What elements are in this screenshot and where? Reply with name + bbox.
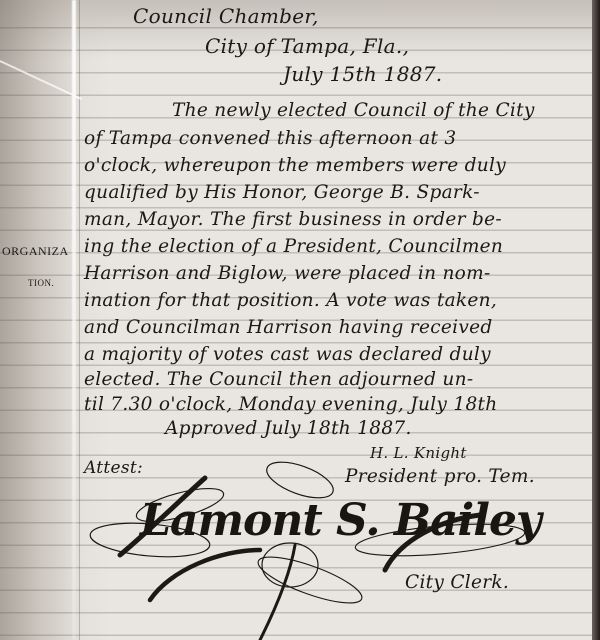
clerk-signature: Lamont S. Bailey [140,495,541,546]
book-binding-edge [592,0,600,640]
document-page: Council Chamber, City of Tampa, Fla., Ju… [0,0,592,640]
clerk-title: City Clerk. [405,572,509,593]
